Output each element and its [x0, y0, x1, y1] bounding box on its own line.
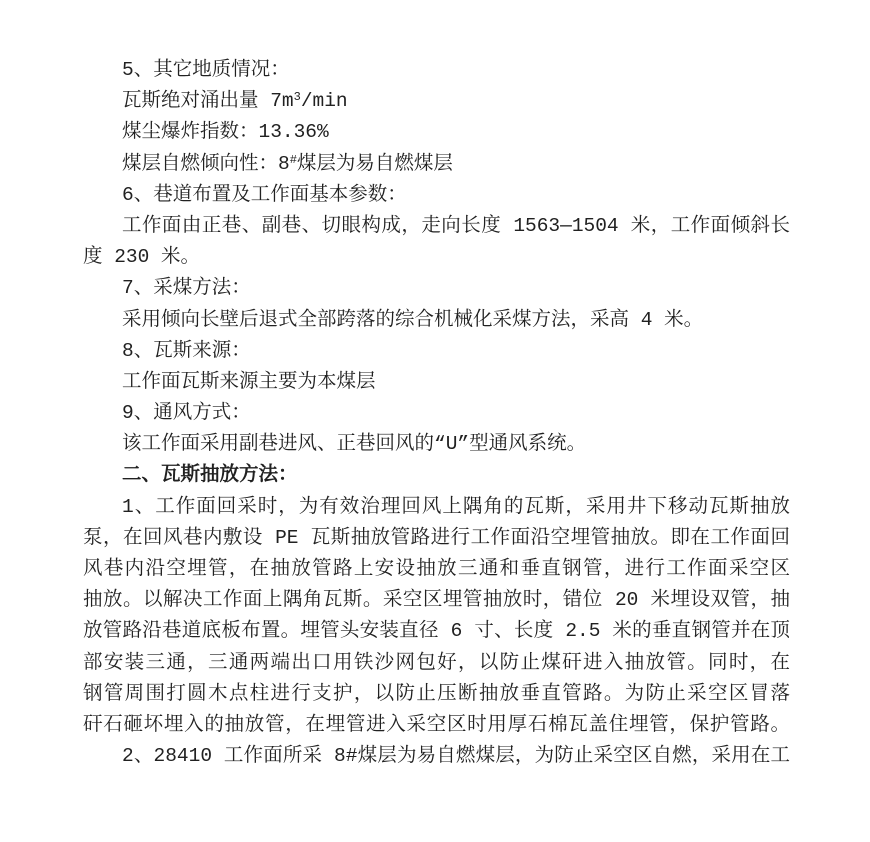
text-line: 1、工作面回采时，为有效治理回风上隅角的瓦斯，采用井下移动瓦斯抽放 — [83, 492, 790, 523]
text-line: 采用倾向长壁后退式全部跨落的综合机械化采煤方法，采高 4 米。 — [83, 305, 790, 336]
text-line: 工作面瓦斯来源主要为本煤层 — [83, 367, 790, 398]
line-text: 瓦斯绝对涌出量 7m — [122, 90, 294, 112]
text-line: 煤尘爆炸指数：13.36% — [83, 117, 790, 148]
text-line: 6、巷道布置及工作面基本参数： — [83, 180, 790, 211]
superscript-mark: # — [290, 153, 297, 167]
text-line: 7、采煤方法： — [83, 273, 790, 304]
text-line: 9、通风方式： — [83, 398, 790, 429]
text-line: 度 230 米。 — [83, 242, 790, 273]
text-line: 钢管周围打圆木点柱进行支护，以防止压断抽放垂直管路。为防止采空区冒落 — [83, 679, 790, 710]
line-text: 煤层自燃倾向性：8 — [122, 153, 290, 175]
text-line: 二、瓦斯抽放方法： — [83, 460, 790, 491]
text-line: 抽放。以解决工作面上隅角瓦斯。采空区埋管抽放时，错位 20 米埋设双管，抽 — [83, 585, 790, 616]
text-line: 瓦斯绝对涌出量 7m3/min — [83, 86, 790, 117]
text-line: 部安装三通，三通两端出口用铁沙网包好，以防止煤矸进入抽放管。同时，在 — [83, 648, 790, 679]
text-line: 工作面由正巷、副巷、切眼构成，走向长度 1563—1504 米，工作面倾斜长 — [83, 211, 790, 242]
text-line: 8、瓦斯来源： — [83, 336, 790, 367]
line-text: 煤层为易自燃煤层 — [297, 153, 453, 175]
text-line: 风巷内沿空埋管，在抽放管路上安设抽放三通和垂直钢管，进行工作面采空区 — [83, 554, 790, 585]
superscript-mark: 3 — [294, 90, 301, 104]
text-line: 该工作面采用副巷进风、正巷回风的“U”型通风系统。 — [83, 429, 790, 460]
text-line: 泵，在回风巷内敷设 PE 瓦斯抽放管路进行工作面沿空埋管抽放。即在工作面回 — [83, 523, 790, 554]
text-line: 5、其它地质情况： — [83, 55, 790, 86]
text-line: 放管路沿巷道底板布置。埋管头安装直径 6 寸、长度 2.5 米的垂直钢管并在顶 — [83, 616, 790, 647]
document-page: 5、其它地质情况：瓦斯绝对涌出量 7m3/min煤尘爆炸指数：13.36%煤层自… — [0, 0, 870, 842]
text-line: 矸石砸坏埋入的抽放管，在埋管进入采空区时用厚石棉瓦盖住埋管，保护管路。 — [83, 710, 790, 741]
document-body: 5、其它地质情况：瓦斯绝对涌出量 7m3/min煤尘爆炸指数：13.36%煤层自… — [83, 55, 790, 772]
text-line: 2、28410 工作面所采 8#煤层为易自燃煤层，为防止采空区自燃，采用在工 — [83, 741, 790, 772]
line-text: /min — [301, 90, 348, 112]
text-line: 煤层自燃倾向性：8#煤层为易自燃煤层 — [83, 149, 790, 180]
